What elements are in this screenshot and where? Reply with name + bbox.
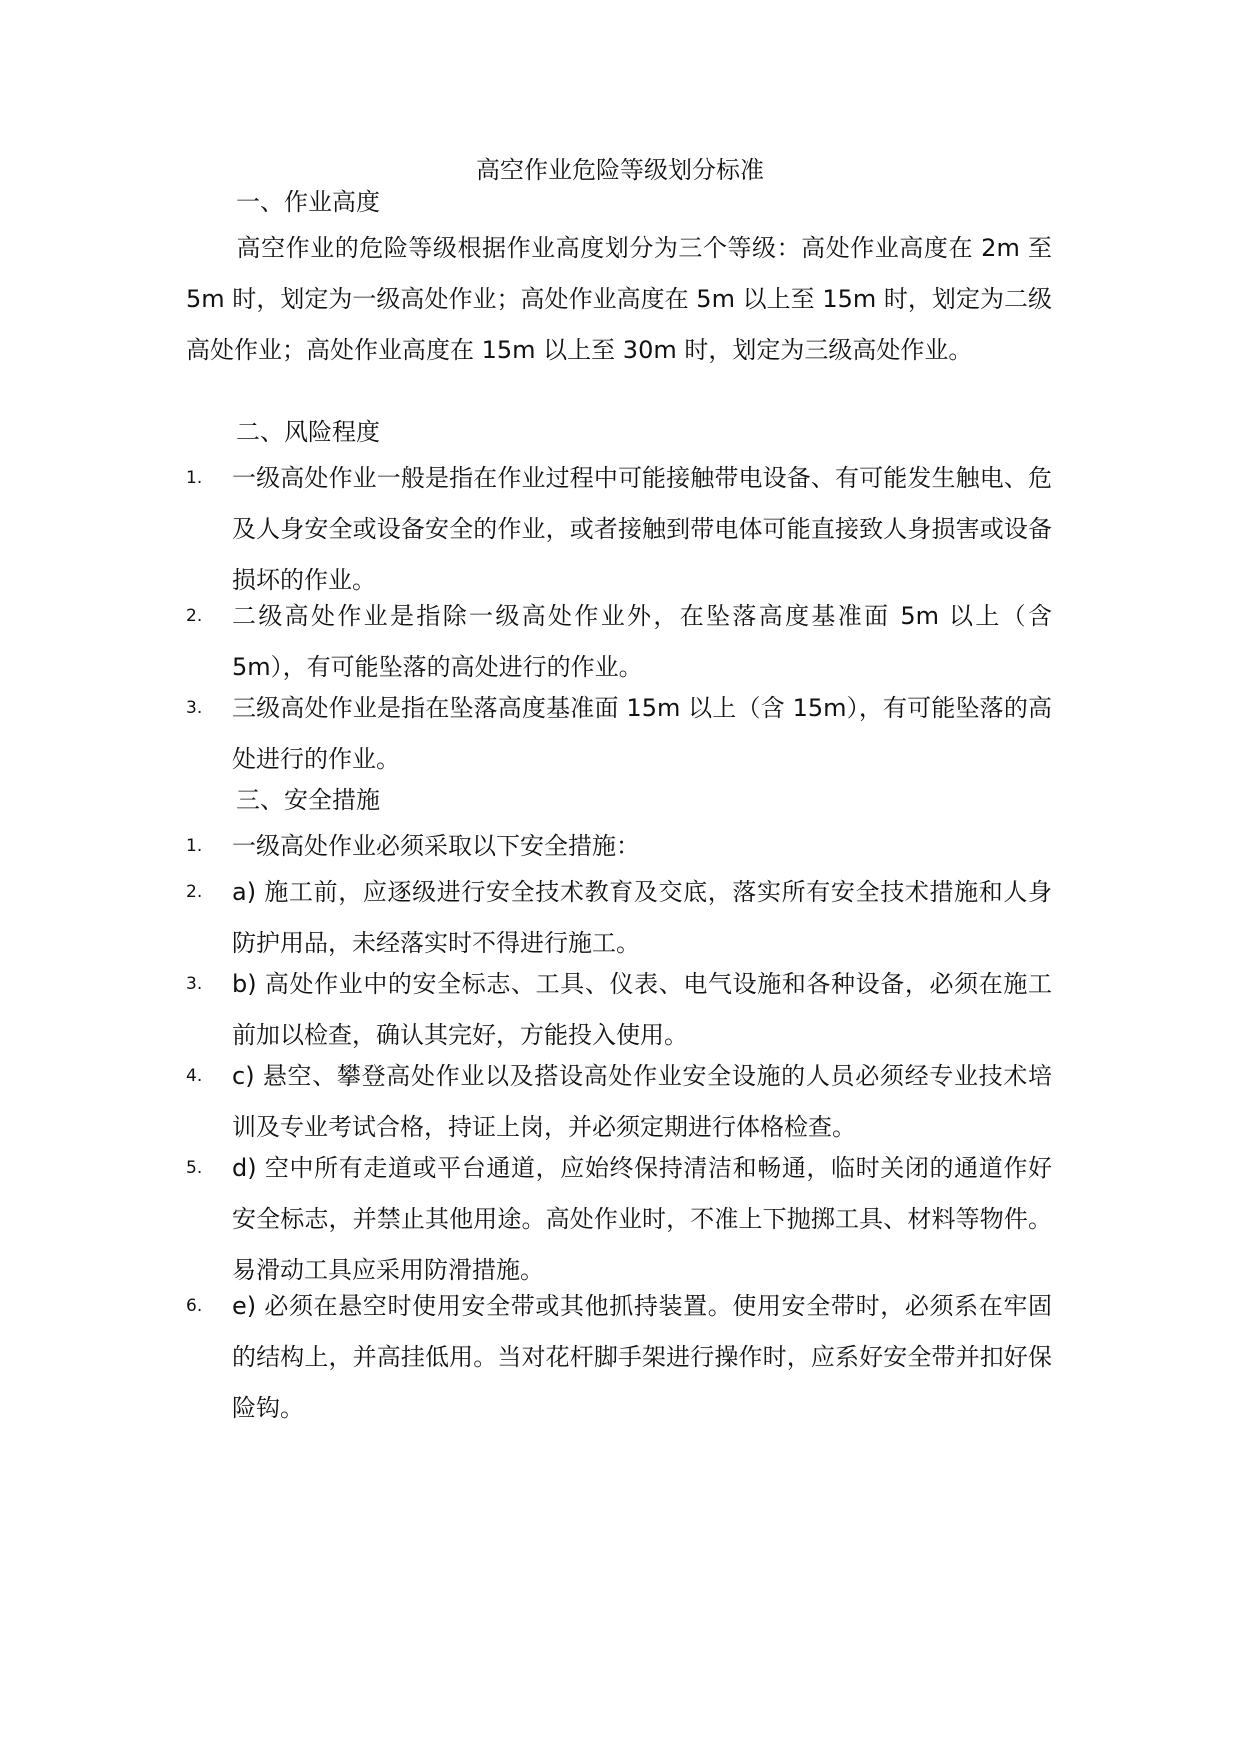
list-item: 5. d) 空中所有走道或平台通道，应始终保持清洁和畅通，临时关闭的通道作好安全…: [186, 1143, 1052, 1296]
list-number: 3.: [186, 959, 226, 1010]
section-heading-risk: 二、风险程度: [236, 412, 380, 452]
list-item: 6. e) 必须在悬空时使用安全带或其他抓持装置。使用安全带时，必须系在牢固的结…: [186, 1281, 1052, 1434]
list-text: 二级高处作业是指除一级高处作业外，在坠落高度基准面 5m 以上（含 5m），有可…: [232, 591, 1052, 693]
paragraph-text: 高空作业的危险等级根据作业高度划分为三个等级：高处作业高度在 2m 至 5m 时…: [186, 234, 1052, 364]
document-page: 高空作业危险等级划分标准 一、作业高度 高空作业的危险等级根据作业高度划分为三个…: [0, 0, 1240, 1753]
list-number: 3.: [186, 683, 226, 734]
section-paragraph-height: 高空作业的危险等级根据作业高度划分为三个等级：高处作业高度在 2m 至 5m 时…: [186, 223, 1052, 376]
list-number: 5.: [186, 1143, 226, 1194]
section-heading-height: 一、作业高度: [236, 182, 380, 222]
list-text: b) 高处作业中的安全标志、工具、仪表、电气设施和各种设备，必须在施工前加以检查…: [232, 959, 1052, 1061]
list-text: 三级高处作业是指在坠落高度基准面 15m 以上（含 15m），有可能坠落的高处进…: [232, 683, 1052, 785]
list-text: c) 悬空、攀登高处作业以及搭设高处作业安全设施的人员必须经专业技术培训及专业考…: [232, 1051, 1052, 1153]
list-number: 1.: [186, 453, 226, 504]
list-number: 2.: [186, 591, 226, 642]
list-number: 2.: [186, 867, 226, 918]
list-item: 3. b) 高处作业中的安全标志、工具、仪表、电气设施和各种设备，必须在施工前加…: [186, 959, 1052, 1061]
list-text: 一级高处作业必须采取以下安全措施：: [232, 821, 1052, 872]
list-number: 4.: [186, 1051, 226, 1102]
list-item: 2. a) 施工前，应逐级进行安全技术教育及交底，落实所有安全技术措施和人身防护…: [186, 867, 1052, 969]
list-item: 3. 三级高处作业是指在坠落高度基准面 15m 以上（含 15m），有可能坠落的…: [186, 683, 1052, 785]
section-heading-safety: 三、安全措施: [236, 780, 380, 820]
list-item: 2. 二级高处作业是指除一级高处作业外，在坠落高度基准面 5m 以上（含 5m）…: [186, 591, 1052, 693]
list-text: e) 必须在悬空时使用安全带或其他抓持装置。使用安全带时，必须系在牢固的结构上，…: [232, 1281, 1052, 1434]
list-item: 1. 一级高处作业一般是指在作业过程中可能接触带电设备、有可能发生触电、危及人身…: [186, 453, 1052, 606]
list-text: a) 施工前，应逐级进行安全技术教育及交底，落实所有安全技术措施和人身防护用品，…: [232, 867, 1052, 969]
document-title: 高空作业危险等级划分标准: [0, 150, 1240, 190]
list-number: 1.: [186, 821, 226, 872]
list-number: 6.: [186, 1281, 226, 1332]
list-item: 4. c) 悬空、攀登高处作业以及搭设高处作业安全设施的人员必须经专业技术培训及…: [186, 1051, 1052, 1153]
list-text: 一级高处作业一般是指在作业过程中可能接触带电设备、有可能发生触电、危及人身安全或…: [232, 453, 1052, 606]
list-item: 1. 一级高处作业必须采取以下安全措施：: [186, 821, 1052, 872]
list-text: d) 空中所有走道或平台通道，应始终保持清洁和畅通，临时关闭的通道作好安全标志，…: [232, 1143, 1052, 1296]
